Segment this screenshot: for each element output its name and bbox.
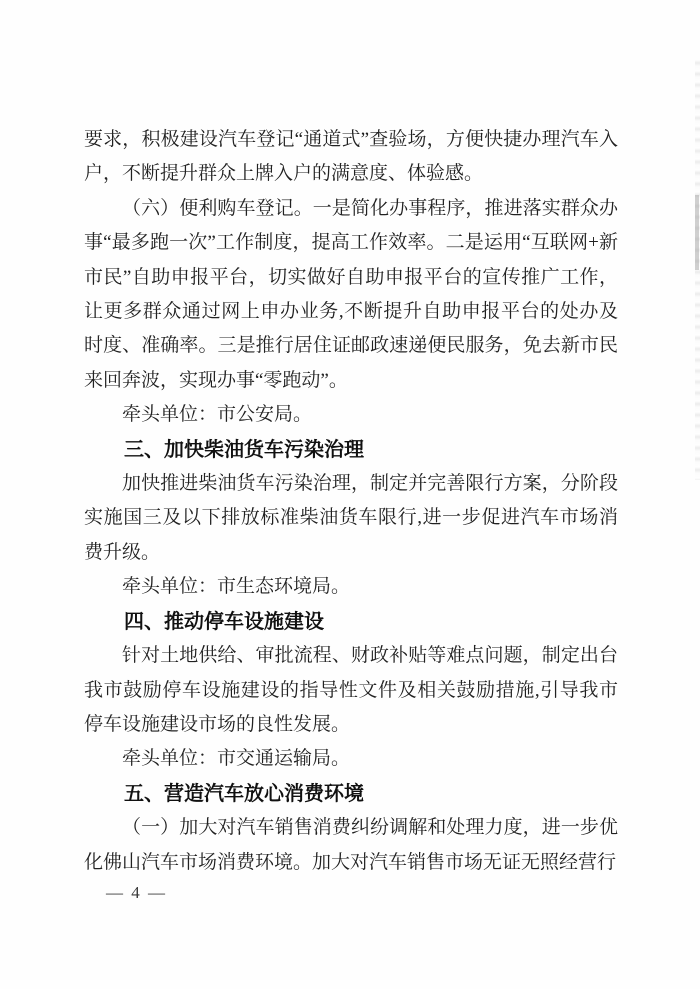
paragraph: 牵头单位：市生态环境局。 bbox=[84, 570, 618, 604]
paragraph: 牵头单位：市公安局。 bbox=[84, 398, 618, 432]
section-heading: 四、推动停车设施建设 bbox=[84, 605, 618, 639]
paragraph: 牵头单位：市交通运输局。 bbox=[84, 742, 618, 776]
document-body: 要求，积极建设汽车登记“通道式”查验场，方便快捷办理汽车入户，不断提升群众上牌入… bbox=[84, 123, 618, 880]
paragraph: 要求，积极建设汽车登记“通道式”查验场，方便快捷办理汽车入户，不断提升群众上牌入… bbox=[84, 123, 618, 192]
page-number: — 4 — bbox=[106, 883, 167, 903]
paragraph: 加快推进柴油货车污染治理，制定并完善限行方案，分阶段实施国三及以下排放标准柴油货… bbox=[84, 467, 618, 570]
paragraph: （六）便利购车登记。一是简化办事程序，推进落实群众办事“最多跑一次”工作制度，提… bbox=[84, 192, 618, 398]
scan-artifact-smudge bbox=[695, 195, 699, 270]
section-heading: 三、加快柴油货车污染治理 bbox=[84, 433, 618, 467]
section-heading: 五、营造汽车放心消费环境 bbox=[84, 777, 618, 811]
paragraph: 针对土地供给、审批流程、财政补贴等难点问题，制定出台我市鼓励停车设施建设的指导性… bbox=[84, 639, 618, 742]
scan-artifact-strip bbox=[695, 60, 700, 480]
paragraph: （一）加大对汽车销售消费纠纷调解和处理力度，进一步优化佛山汽车市场消费环境。加大… bbox=[84, 811, 618, 880]
page-root: { "document": { "blocks": [ { "type": "p… bbox=[0, 0, 700, 989]
document-page: 要求，积极建设汽车登记“通道式”查验场，方便快捷办理汽车入户，不断提升群众上牌入… bbox=[0, 0, 700, 989]
